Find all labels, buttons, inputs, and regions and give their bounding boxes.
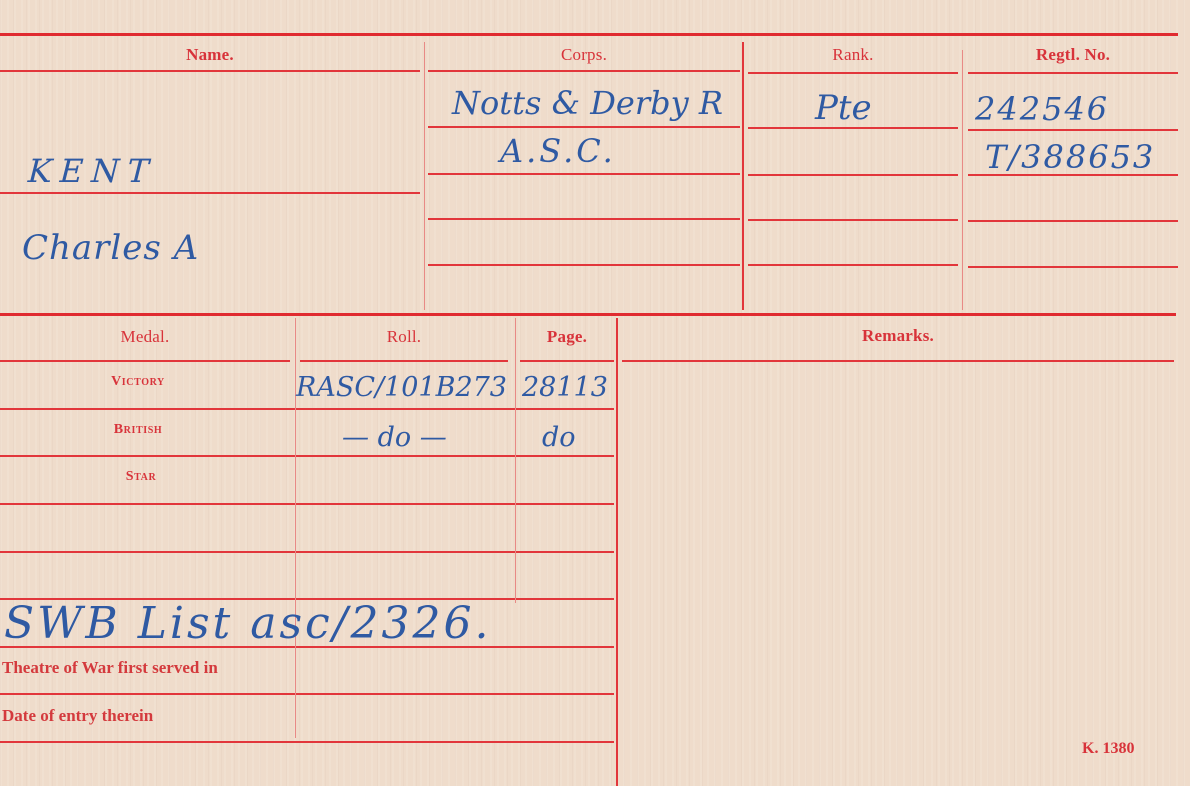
corps-row-line-1 [428,126,740,128]
swb-list-annotation: SWB List asc/2326. [4,598,491,649]
rank-value: Pte [815,88,872,128]
corps-header-underline [428,70,740,72]
victory-roll-value: RASC/101B273 [296,372,507,403]
rank-header: Rank. [748,45,958,65]
name-corps-divider [424,42,425,310]
corps-rank-divider [742,42,744,310]
date-label: Date of entry therein [2,706,153,726]
medal-header-underline [0,360,290,362]
regtl-no-value-2: T/388653 [985,138,1155,176]
regtl-no-header: Regtl. No. [968,45,1178,65]
rank-row-line-2 [748,174,958,176]
corps-row-line-2 [428,173,740,175]
section-divider-line [0,313,1176,316]
page-header-underline [520,360,614,362]
medal-header: Medal. [0,327,290,347]
british-roll-value: — do — [342,422,447,453]
rank-row-line-3 [748,219,958,221]
remarks-header: Remarks. [622,326,1174,346]
medal-row-line-2 [0,455,614,457]
surname-value: KENT [23,152,161,190]
rank-header-underline [748,72,958,74]
regtl-row-line-1 [968,129,1178,131]
name-header: Name. [0,45,420,65]
corps-value-2: A.S.C. [500,132,616,170]
roll-header: Roll. [300,327,508,347]
medal-label-star: Star [0,469,282,485]
top-border-line [0,33,1178,36]
form-number: K. 1380 [1082,740,1134,758]
date-row-line [0,741,614,743]
regtl-row-line-3 [968,220,1178,222]
roll-header-underline [300,360,508,362]
top-header-underline [0,70,420,72]
roll-page-divider [515,318,516,603]
corps-header: Corps. [428,45,740,65]
medal-label-british: British [0,422,276,438]
victory-page-value: 28113 [522,372,608,403]
corps-value-1: Notts & Derby R [452,84,723,122]
theatre-row-line [0,693,614,695]
medal-label-victory: Victory [0,374,276,390]
british-page-value: do [542,422,576,453]
regtl-row-line-4 [968,266,1178,268]
regtl-no-value-1: 242546 [975,90,1109,128]
page-header: Page. [520,327,614,347]
corps-row-line-4 [428,264,740,266]
rank-row-line-4 [748,264,958,266]
medal-row-line-4 [0,551,614,553]
medal-row-line-3 [0,503,614,505]
theatre-label: Theatre of War first served in [2,658,218,678]
page-remarks-divider [616,318,618,786]
regtl-header-underline [968,72,1178,74]
surname-line [0,192,420,194]
rank-regtl-divider [962,50,963,310]
forenames-value: Charles A [22,228,199,268]
medal-row-line-1 [0,408,614,410]
remarks-header-underline [622,360,1174,362]
corps-row-line-3 [428,218,740,220]
medal-index-card: Name. Corps. Rank. Regtl. No. KENT Charl… [0,0,1190,786]
